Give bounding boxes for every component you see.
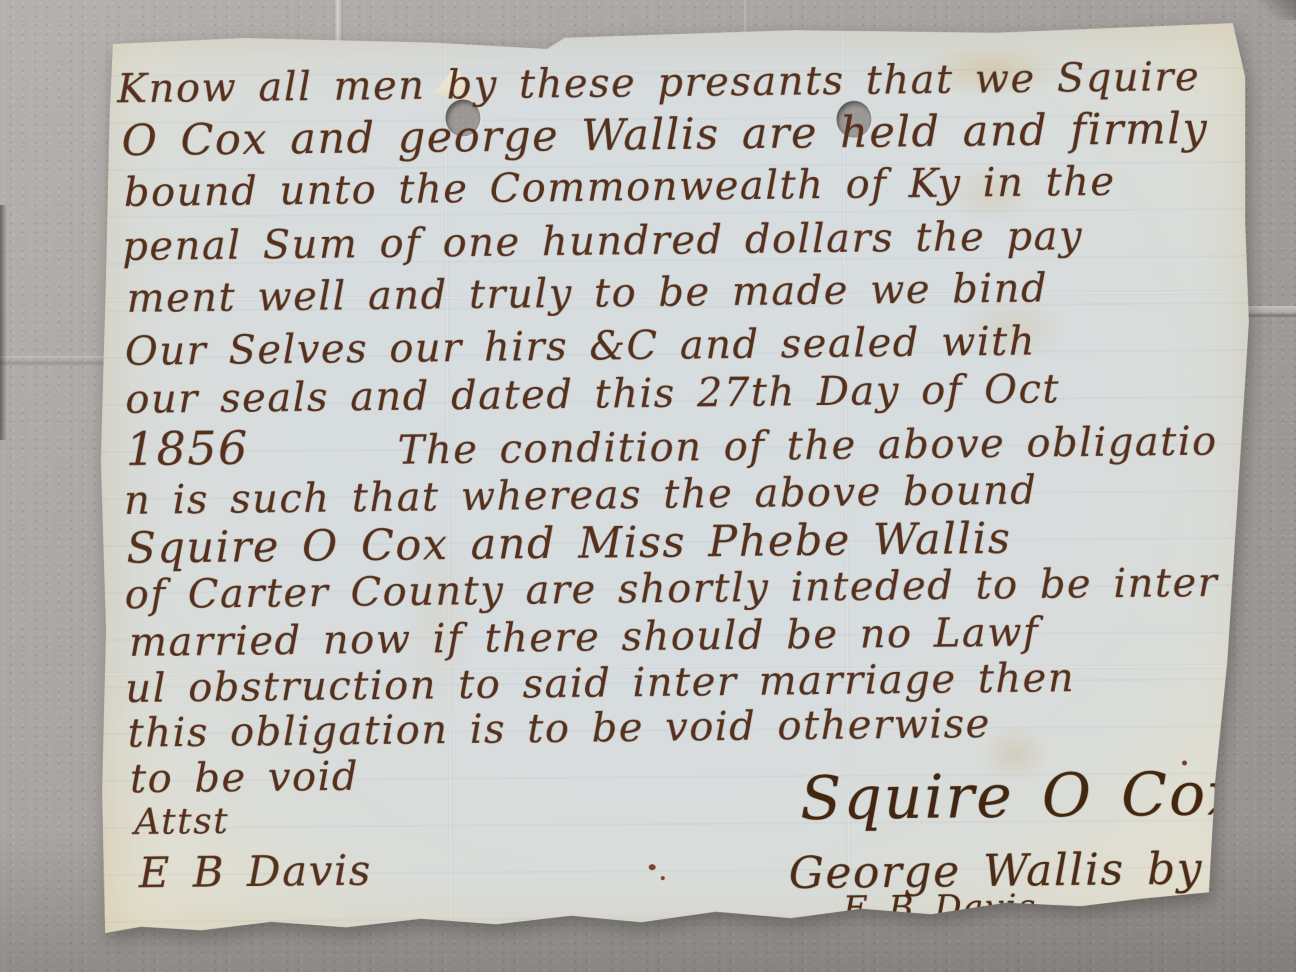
attestation-signature: E B Davis [138, 846, 372, 898]
signature-proxy-e-b-davis: E B Davis [843, 887, 1037, 929]
paper-sheet: Know all men by these presants that we S… [95, 22, 1261, 942]
document-photo: Know all men by these presants that we S… [95, 22, 1261, 942]
signature-squire-o-cox: Squire O Cox [800, 759, 1244, 834]
manuscript-year: 1856 [125, 421, 249, 476]
surface-edge-shadow [0, 205, 7, 440]
surface-corner-shadow [1256, 0, 1296, 20]
manuscript-line: The condition of the above obligatio [398, 418, 1218, 473]
ink-speck [649, 864, 656, 870]
photo-of-document: { "scene": { "colors": { "surface": "#a5… [0, 0, 1296, 972]
manuscript-line: to be void [130, 754, 359, 803]
attestation-label: Attst [134, 801, 229, 843]
ink-speck [661, 876, 665, 880]
manuscript-line: this obligation is to be void otherwise [127, 701, 991, 757]
